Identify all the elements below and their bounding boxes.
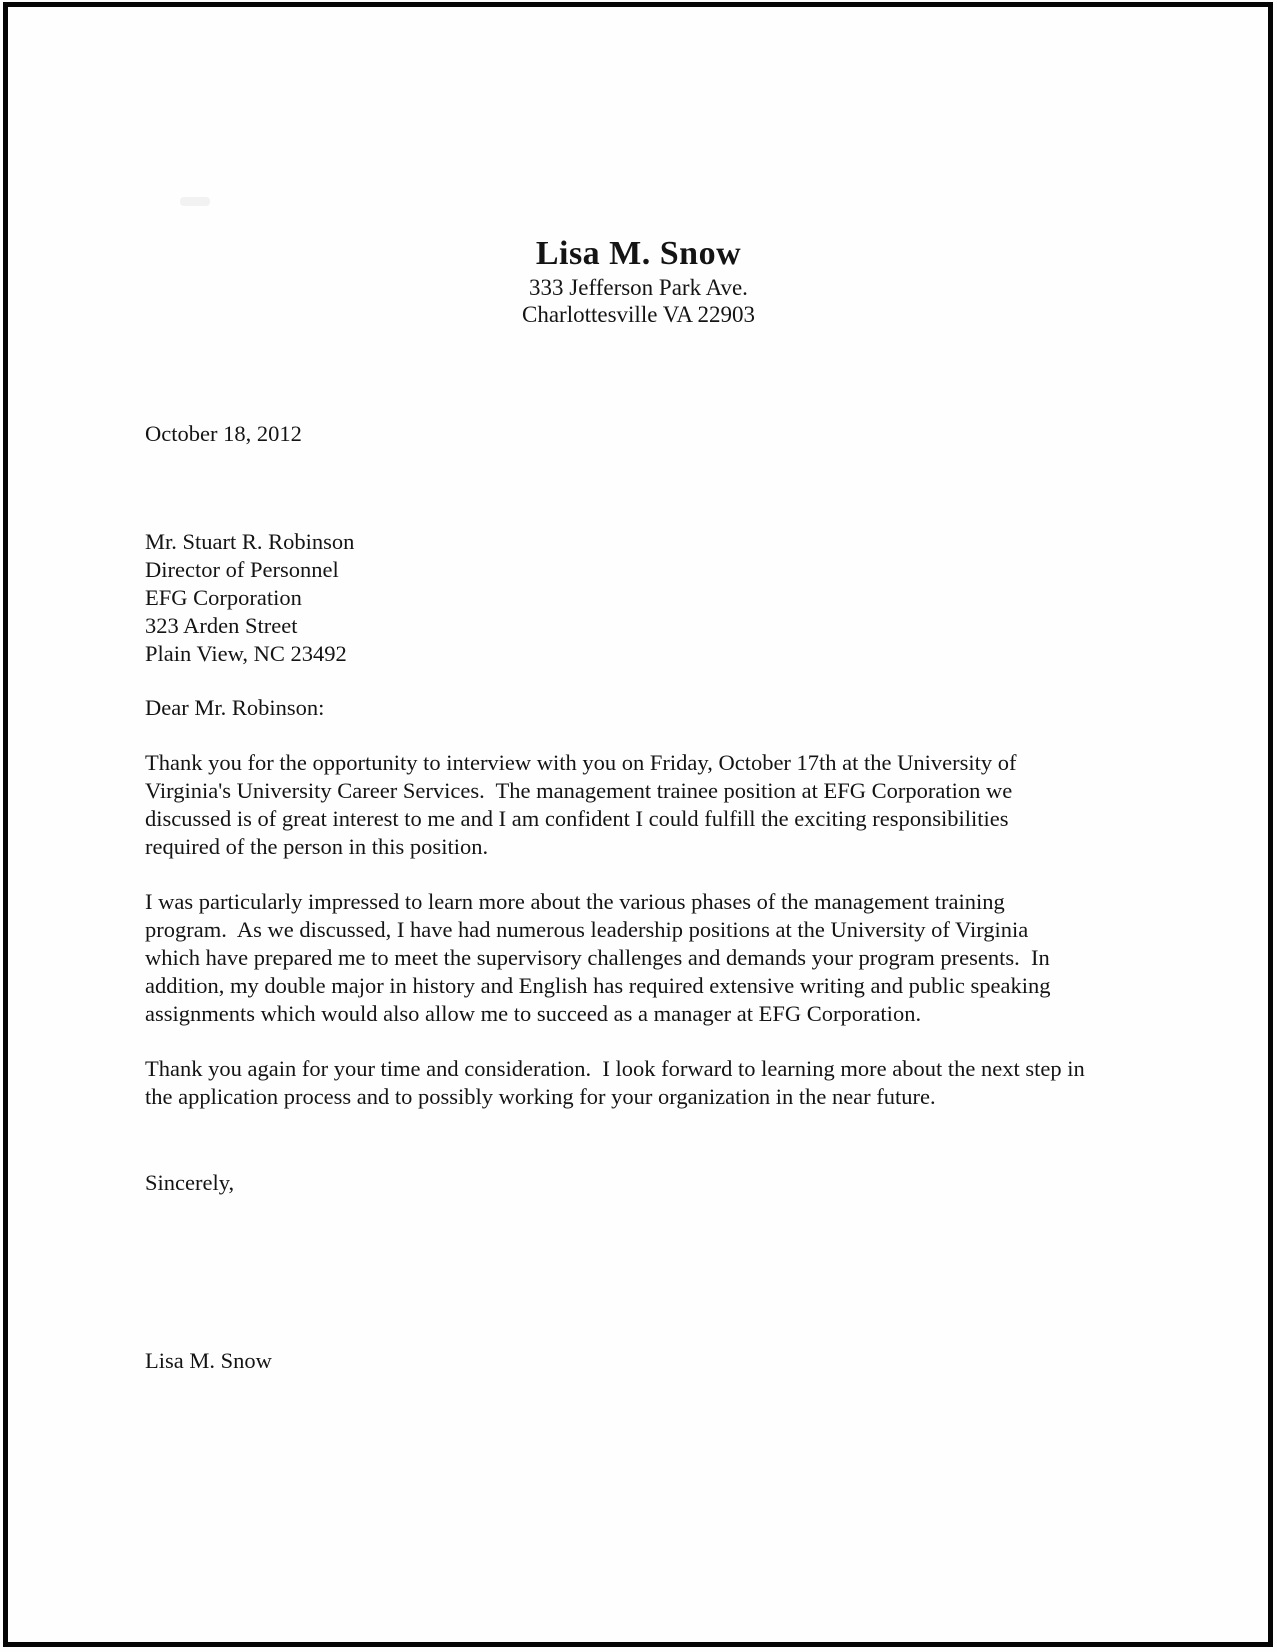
recipient-city-state-zip: Plain View, NC 23492 — [145, 640, 1087, 668]
letter-page: Lisa M. Snow 333 Jefferson Park Ave. Cha… — [0, 0, 1277, 1652]
closing-line: Sincerely, — [145, 1169, 1087, 1197]
salutation: Dear Mr. Robinson: — [145, 694, 1087, 722]
sender-address-line-1: 333 Jefferson Park Ave. — [0, 274, 1277, 301]
letter-date: October 18, 2012 — [145, 420, 1087, 448]
scan-smudge-artifact — [180, 197, 210, 206]
signature-name: Lisa M. Snow — [145, 1347, 1087, 1375]
letter-body: October 18, 2012 Mr. Stuart R. Robinson … — [0, 420, 1277, 1375]
recipient-address-block: Mr. Stuart R. Robinson Director of Perso… — [145, 528, 1087, 668]
sender-address-line-2: Charlottesville VA 22903 — [0, 301, 1277, 328]
recipient-name: Mr. Stuart R. Robinson — [145, 528, 1087, 556]
recipient-street: 323 Arden Street — [145, 612, 1087, 640]
sender-name: Lisa M. Snow — [0, 233, 1277, 274]
recipient-company: EFG Corporation — [145, 584, 1087, 612]
body-paragraph-1: Thank you for the opportunity to intervi… — [145, 749, 1087, 861]
body-paragraph-3: Thank you again for your time and consid… — [145, 1055, 1087, 1111]
letterhead: Lisa M. Snow 333 Jefferson Park Ave. Cha… — [0, 0, 1277, 328]
recipient-title: Director of Personnel — [145, 556, 1087, 584]
body-paragraph-2: I was particularly impressed to learn mo… — [145, 888, 1087, 1028]
